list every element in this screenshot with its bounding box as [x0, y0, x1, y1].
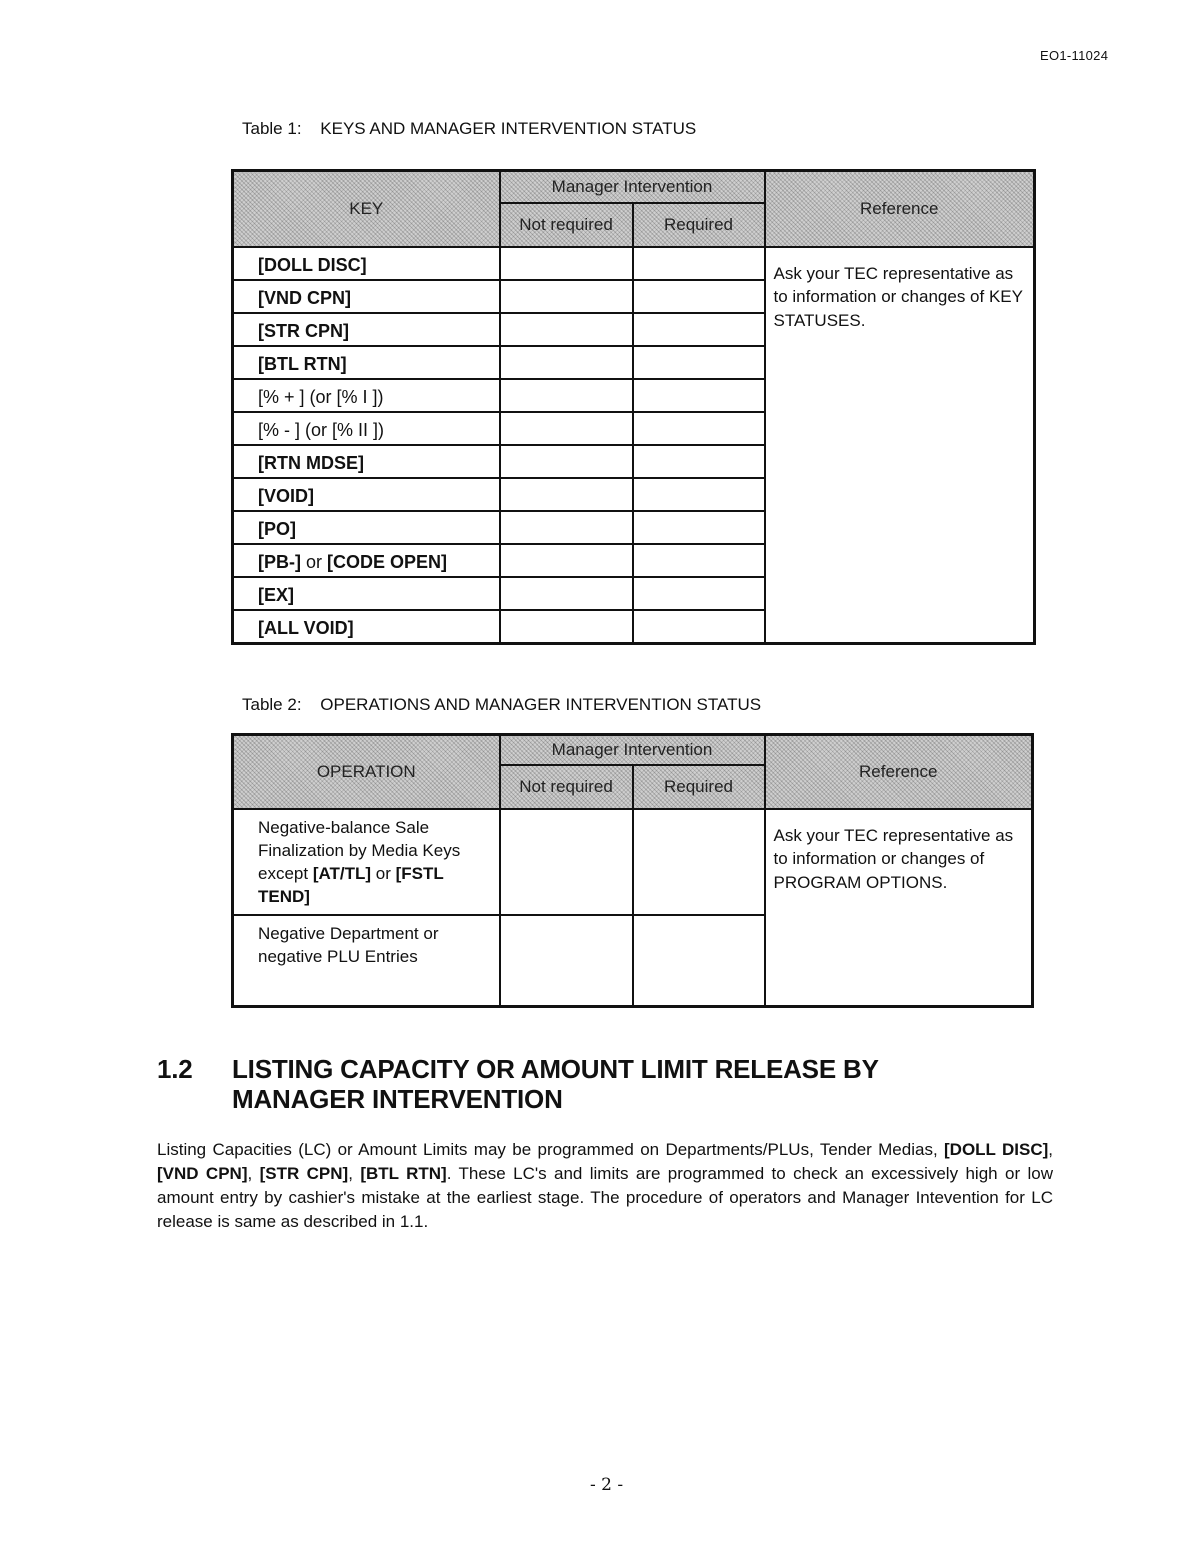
- operation-cell: Negative Department or negative PLU Entr…: [233, 915, 500, 1007]
- table-row: Negative-balance Sale Finalization by Me…: [233, 809, 1033, 915]
- required-cell: [633, 445, 765, 478]
- required-cell: [633, 478, 765, 511]
- required-cell: [633, 412, 765, 445]
- required-cell: [633, 247, 765, 280]
- not-required-cell: [500, 577, 633, 610]
- header-manager-intervention: Manager Intervention: [500, 735, 765, 765]
- required-cell: [633, 915, 765, 1007]
- key-cell: [BTL RTN]: [233, 346, 500, 379]
- key-cell: [EX]: [233, 577, 500, 610]
- required-cell: [633, 511, 765, 544]
- not-required-cell: [500, 809, 633, 915]
- key-cell: [ALL VOID]: [233, 610, 500, 644]
- key-cell: [PB-] or [CODE OPEN]: [233, 544, 500, 577]
- section-paragraph: Listing Capacities (LC) or Amount Limits…: [157, 1138, 1053, 1234]
- reference-cell: Ask your TEC representative as to inform…: [765, 247, 1035, 644]
- document-id: EO1-11024: [1040, 48, 1108, 63]
- not-required-cell: [500, 915, 633, 1007]
- header-required: Required: [633, 203, 765, 247]
- header-key: KEY: [233, 171, 500, 247]
- header-reference: Reference: [765, 735, 1033, 809]
- key-cell: [VOID]: [233, 478, 500, 511]
- table1-caption: Table 1: KEYS AND MANAGER INTERVENTION S…: [242, 119, 696, 139]
- key-cell: [RTN MDSE]: [233, 445, 500, 478]
- not-required-cell: [500, 544, 633, 577]
- not-required-cell: [500, 610, 633, 644]
- required-cell: [633, 610, 765, 644]
- key-cell: [DOLL DISC]: [233, 247, 500, 280]
- section-number: 1.2: [157, 1054, 193, 1084]
- not-required-cell: [500, 445, 633, 478]
- header-not-required: Not required: [500, 765, 633, 809]
- operations-table: OPERATION Manager Intervention Reference…: [231, 733, 1034, 1008]
- required-cell: [633, 577, 765, 610]
- key-cell: [% - ] (or [% II ]): [233, 412, 500, 445]
- required-cell: [633, 346, 765, 379]
- section-title: LISTING CAPACITY OR AMOUNT LIMIT RELEASE…: [232, 1054, 992, 1114]
- not-required-cell: [500, 280, 633, 313]
- operation-cell: Negative-balance Sale Finalization by Me…: [233, 809, 500, 915]
- header-operation: OPERATION: [233, 735, 500, 809]
- not-required-cell: [500, 478, 633, 511]
- table2-caption-title: OPERATIONS AND MANAGER INTERVENTION STAT…: [320, 695, 761, 714]
- required-cell: [633, 313, 765, 346]
- header-required: Required: [633, 765, 765, 809]
- not-required-cell: [500, 412, 633, 445]
- required-cell: [633, 809, 765, 915]
- table2-caption-number: Table 2:: [242, 695, 302, 714]
- key-cell: [PO]: [233, 511, 500, 544]
- header-manager-intervention: Manager Intervention: [500, 171, 765, 203]
- key-cell: [% + ] (or [% I ]): [233, 379, 500, 412]
- required-cell: [633, 280, 765, 313]
- not-required-cell: [500, 247, 633, 280]
- reference-cell: Ask your TEC representative as to inform…: [765, 809, 1033, 1007]
- header-reference: Reference: [765, 171, 1035, 247]
- table-row: [DOLL DISC]Ask your TEC representative a…: [233, 247, 1035, 280]
- not-required-cell: [500, 379, 633, 412]
- table1-caption-title: KEYS AND MANAGER INTERVENTION STATUS: [320, 119, 696, 138]
- header-not-required: Not required: [500, 203, 633, 247]
- key-cell: [VND CPN]: [233, 280, 500, 313]
- table1-caption-number: Table 1:: [242, 119, 302, 138]
- not-required-cell: [500, 346, 633, 379]
- keys-table: KEY Manager Intervention Reference Not r…: [231, 169, 1036, 645]
- table2-caption: Table 2: OPERATIONS AND MANAGER INTERVEN…: [242, 695, 761, 715]
- key-cell: [STR CPN]: [233, 313, 500, 346]
- not-required-cell: [500, 313, 633, 346]
- required-cell: [633, 544, 765, 577]
- required-cell: [633, 379, 765, 412]
- not-required-cell: [500, 511, 633, 544]
- page-number: - 2 -: [590, 1475, 623, 1495]
